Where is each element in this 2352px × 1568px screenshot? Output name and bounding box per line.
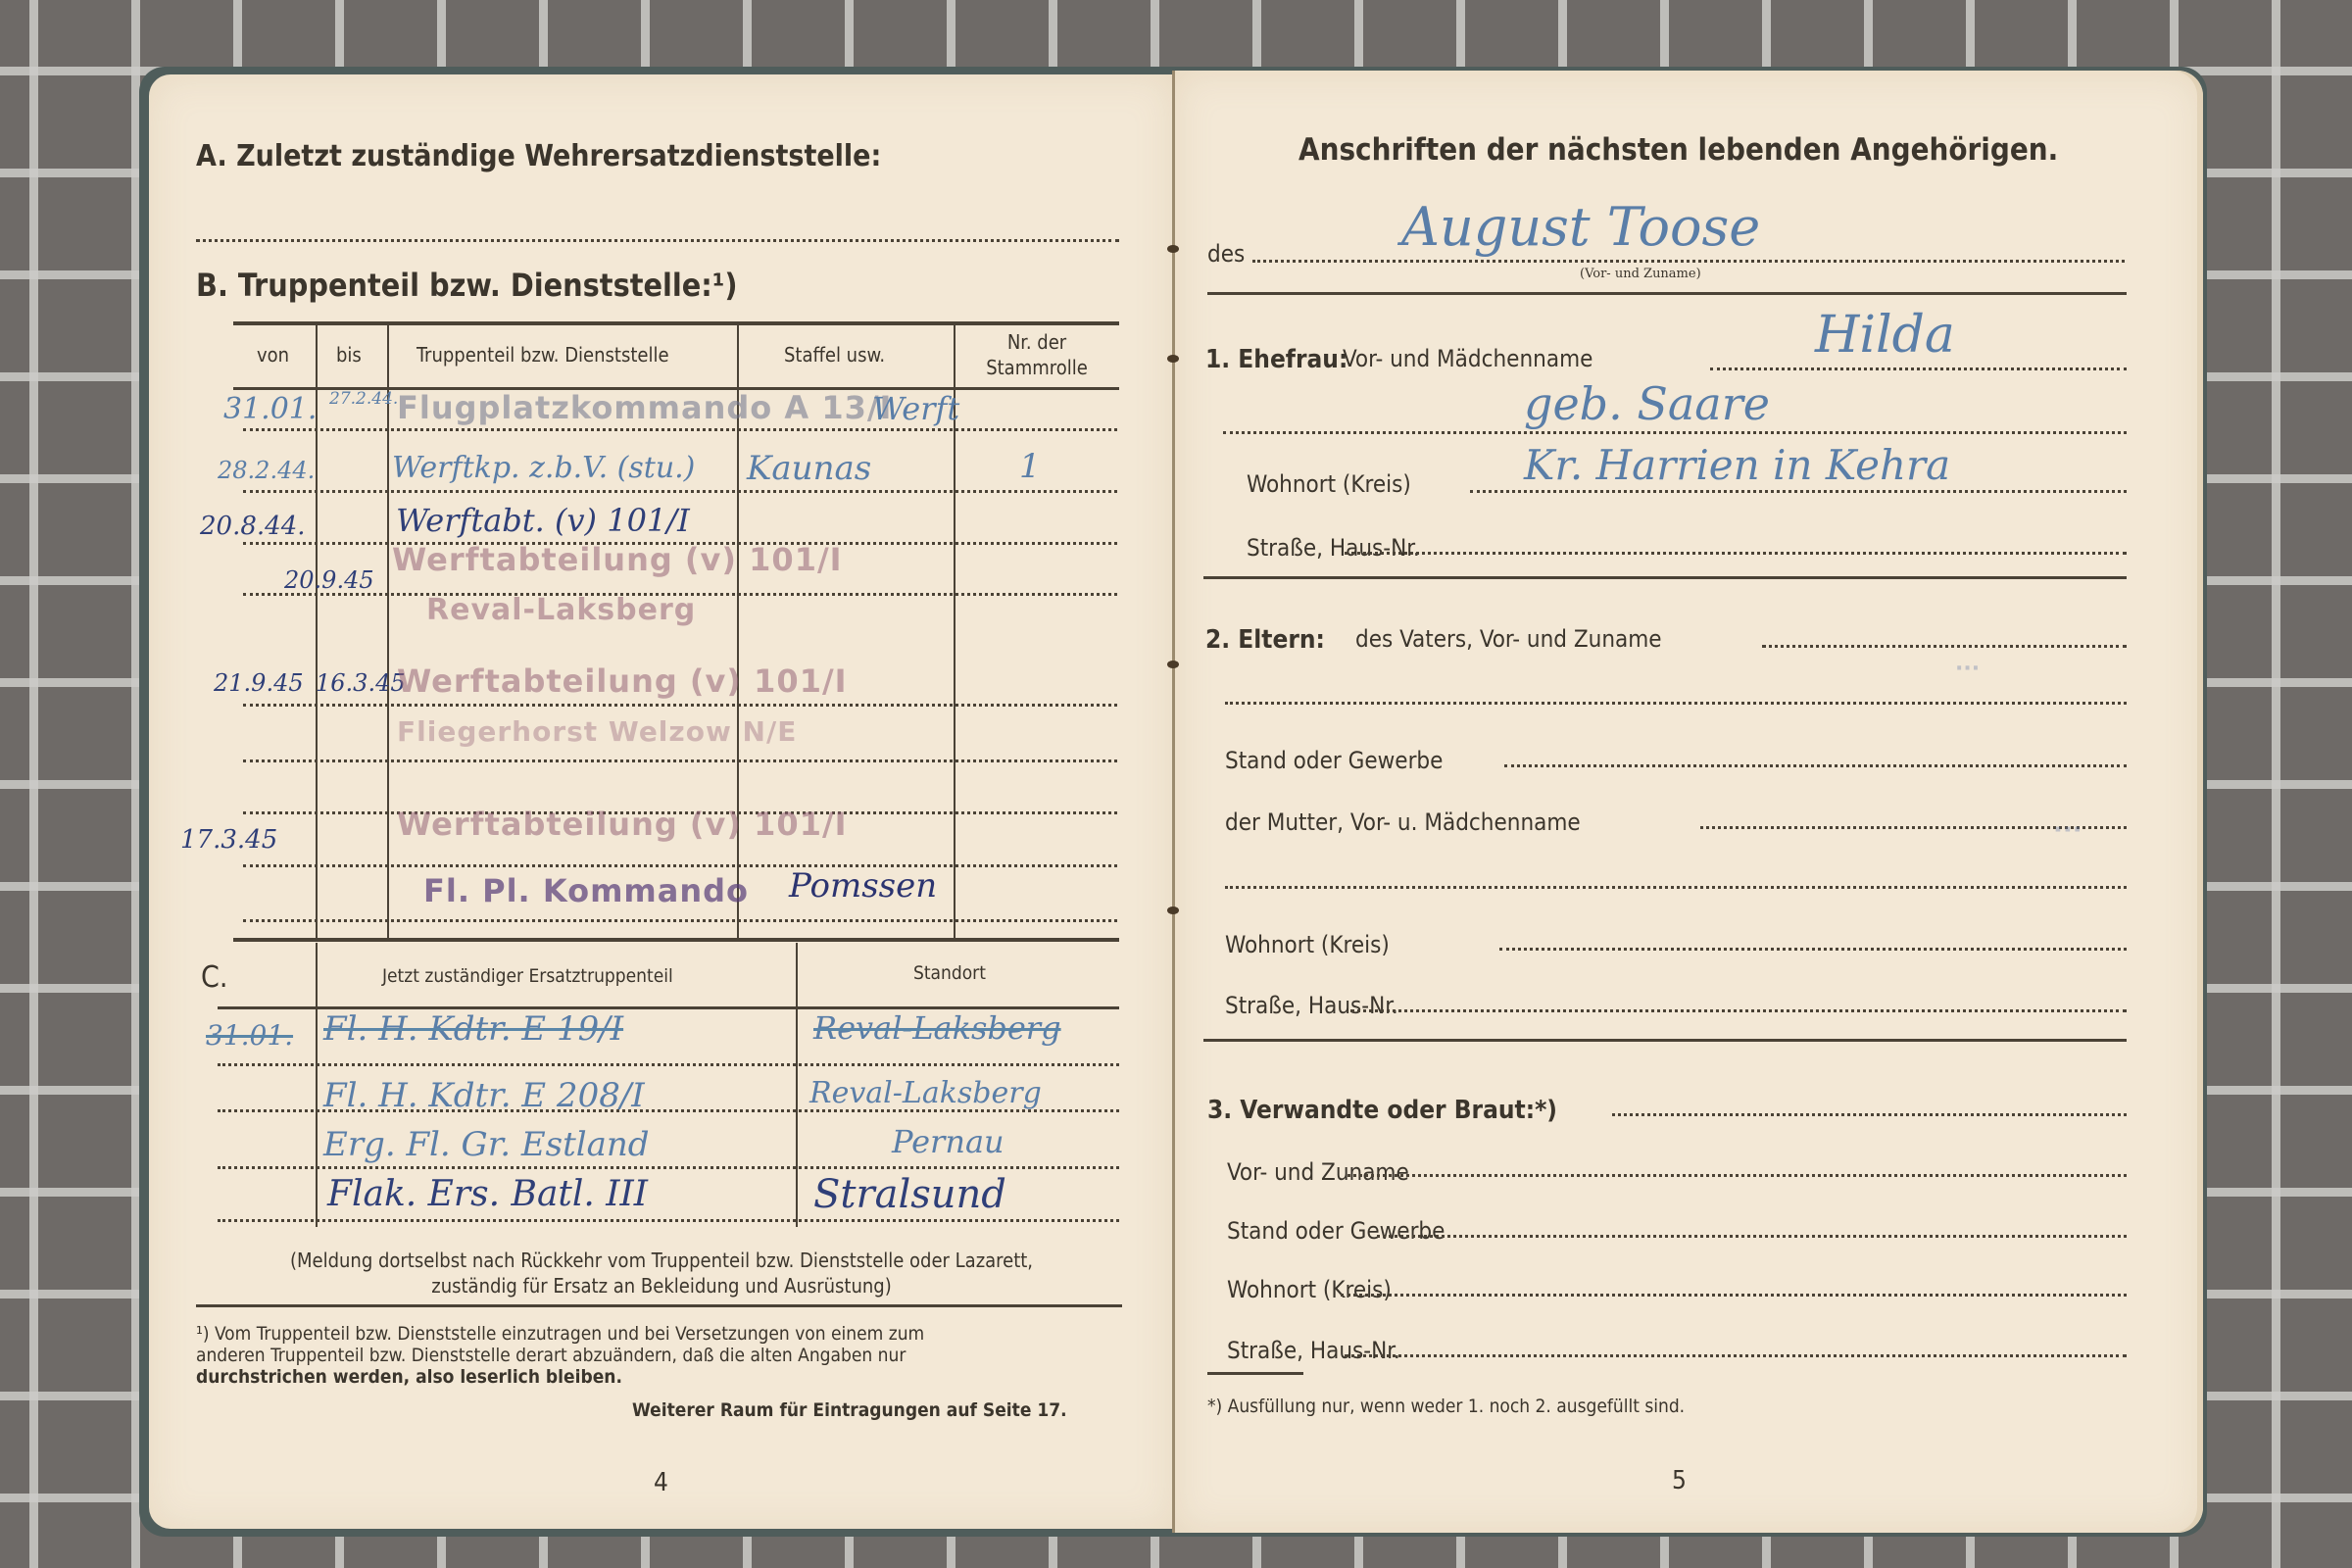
footnote-rule	[196, 1304, 1122, 1307]
col-divider	[387, 323, 389, 941]
relative-stand-label: Stand oder Gewerbe	[1227, 1217, 1445, 1245]
father-name-field[interactable]	[1762, 645, 2127, 648]
footnote-line-2: anderen Truppenteil bzw. Dienststelle de…	[196, 1345, 906, 1366]
relative-field[interactable]	[1612, 1113, 2127, 1116]
unit-stamp: Flugplatzkommando A 13/I	[397, 389, 892, 426]
des-value: August Toose	[1401, 196, 1760, 258]
parents-wohnort-field[interactable]	[1499, 948, 2127, 951]
stitch-hole	[1167, 906, 1179, 914]
section-a-label: A. Zuletzt zuständige Wehrersatzdienstst…	[196, 139, 881, 173]
row-line	[243, 428, 1117, 431]
col-header-truppenteil: Truppenteil bzw. Dienststelle	[416, 343, 669, 367]
table-b-bottom-rule	[233, 938, 1119, 942]
col-header-stammrolle: Nr. der Stammrolle	[976, 329, 1098, 380]
col-header-bis: bis	[336, 343, 362, 367]
entry-bis: 27.2.44.	[329, 390, 378, 408]
entry-unit: Erg. Fl. Gr. Estland	[323, 1125, 650, 1164]
wife-name-field-2[interactable]	[1223, 431, 2127, 434]
col-header-staffel: Staffel usw.	[784, 343, 885, 367]
entry-unit: Fl. H. Kdtr. E 19/I	[323, 1009, 623, 1049]
row-line	[243, 864, 1117, 867]
row-line	[243, 919, 1117, 922]
relative-strasse-label: Straße, Haus-Nr.	[1227, 1337, 1400, 1364]
wife-wohnort-label: Wohnort (Kreis)	[1247, 470, 1411, 498]
relative-name-label: Vor- und Zuname	[1227, 1158, 1409, 1186]
section-3-label: 3. Verwandte oder Braut:*)	[1207, 1096, 1557, 1125]
entry-unit: Werftkp. z.b.V. (stu.)	[392, 451, 695, 485]
footnote-line-1: ¹) Vom Truppenteil bzw. Dienststelle ein…	[196, 1323, 924, 1345]
entry-von: 31.01.	[223, 392, 317, 426]
entry-stammrolle-nr: 1	[1019, 447, 1041, 486]
relative-wohnort-label: Wohnort (Kreis)	[1227, 1276, 1392, 1303]
des-label: des	[1207, 240, 1245, 268]
relative-stand-field[interactable]	[1377, 1235, 2127, 1238]
wife-strasse-field[interactable]	[1345, 552, 2127, 555]
section-divider	[1203, 1039, 2127, 1042]
row-line	[218, 1219, 1119, 1222]
faint-stamp-offset: ···	[2053, 815, 2082, 845]
mother-name-field-2[interactable]	[1225, 886, 2127, 889]
right-page-title: Anschriften der nächsten lebenden Angehö…	[1298, 132, 2058, 168]
parents-strasse-field[interactable]	[1350, 1009, 2127, 1012]
stitch-hole	[1167, 355, 1179, 363]
wife-strasse-label: Straße, Haus-Nr.	[1247, 534, 1420, 562]
wife-name-field[interactable]	[1710, 367, 2127, 370]
entry-von: 17.3.45	[180, 825, 277, 855]
wife-wohnort-value: Kr. Harrien in Kehra	[1524, 441, 1950, 489]
parents-strasse-label: Straße, Haus-Nr.	[1225, 992, 1398, 1019]
right-footnote: *) Ausfüllung nur, wenn weder 1. noch 2.…	[1207, 1396, 1685, 1417]
entry-unit: Fl. H. Kdtr. E 208/I	[323, 1076, 645, 1115]
father-stand-label: Stand oder Gewerbe	[1225, 747, 1443, 774]
spine-fold	[1172, 71, 1175, 1533]
entry-bis: 16.3.45	[316, 669, 406, 697]
faint-stamp-offset: ···	[1955, 657, 1980, 681]
entry-unit: Werftabt. (v) 101/I	[396, 502, 690, 539]
wife-wohnort-field[interactable]	[1470, 490, 2127, 493]
section-c-note-1: (Meldung dortselbst nach Rückkehr vom Tr…	[0, 1249, 1323, 1272]
section-divider	[1203, 576, 2127, 579]
entry-staffel: Werft	[872, 390, 959, 427]
page-number-right: 5	[1672, 1466, 1687, 1495]
section-c-note-2: zuständig für Ersatz an Bekleidung und A…	[0, 1274, 1323, 1298]
mother-name-label: der Mutter, Vor- u. Mädchenname	[1225, 808, 1581, 836]
section-a-field[interactable]	[196, 239, 1119, 242]
relative-wohnort-field[interactable]	[1341, 1294, 2127, 1297]
more-space-note: Weiterer Raum für Eintragungen auf Seite…	[632, 1399, 1067, 1421]
entry-staffel: Kaunas	[747, 449, 871, 488]
section-divider	[1207, 292, 2127, 295]
unit-stamp: Werftabteilung (v) 101/I	[397, 662, 848, 700]
row-line	[243, 490, 1117, 493]
stitch-hole	[1167, 661, 1179, 668]
entry-prefix: 31.01.	[206, 1019, 293, 1052]
father-name-field-2[interactable]	[1225, 702, 2127, 705]
unit-stamp: Werftabteilung (v) 101/I	[392, 541, 843, 578]
footnote-rule	[1207, 1372, 1303, 1375]
entry-von: 21.9.45	[214, 669, 304, 697]
unit-stamp-location: Reval-Laksberg	[426, 593, 696, 627]
entry-von: 28.2.44.	[218, 457, 315, 484]
section-1-label: 1. Ehefrau:	[1205, 345, 1347, 374]
col-header-standort: Standort	[913, 962, 986, 984]
section-2-label: 2. Eltern:	[1205, 625, 1325, 655]
col-header-von: von	[257, 343, 289, 367]
unit-stamp-command: Fl. Pl. Kommando	[423, 872, 749, 909]
row-line	[218, 1063, 1119, 1066]
entry-unit: Flak. Ers. Batl. III	[327, 1174, 648, 1214]
row-line	[243, 759, 1117, 762]
section-c-label: C.	[201, 960, 227, 995]
des-field[interactable]	[1252, 260, 2125, 263]
signature: Pomssen	[789, 866, 937, 906]
entry-von: 20.8.44.	[200, 512, 306, 541]
unit-stamp: Werftabteilung (v) 101/I	[397, 806, 848, 843]
entry-bis: 20.9.45	[284, 566, 374, 594]
des-caption: (Vor- und Zuname)	[1580, 267, 1701, 281]
row-line	[218, 1166, 1119, 1169]
right-page	[1174, 71, 2203, 1533]
unit-stamp-location: Fliegerhorst Welzow N/E	[397, 715, 797, 748]
entry-standort: Reval-Laksberg	[813, 1009, 1061, 1047]
col-header-ersatztruppenteil: Jetzt zuständiger Ersatztruppenteil	[382, 965, 673, 987]
page-number-left: 4	[654, 1468, 668, 1497]
relative-strasse-field[interactable]	[1345, 1354, 2127, 1357]
col-divider	[316, 943, 318, 1227]
parents-wohnort-label: Wohnort (Kreis)	[1225, 931, 1390, 958]
stitch-hole	[1167, 245, 1179, 253]
entry-standort: Pernau	[892, 1123, 1004, 1160]
entry-standort: Reval-Laksberg	[809, 1076, 1042, 1110]
father-stand-field[interactable]	[1504, 764, 2127, 767]
footnote-line-3: durchstrichen werden, also leserlich ble…	[196, 1366, 622, 1388]
father-name-label: des Vaters, Vor- und Zuname	[1355, 625, 1662, 653]
col-divider	[796, 943, 798, 1227]
section-b-label: B. Truppenteil bzw. Dienststelle:¹)	[196, 267, 738, 304]
wife-maiden-value: geb. Saare	[1524, 377, 1770, 430]
entry-standort: Stralsund	[813, 1172, 1006, 1217]
table-b-top-rule	[233, 321, 1119, 325]
relative-name-field[interactable]	[1347, 1174, 2127, 1177]
wife-name-value: Hilda	[1815, 306, 1955, 365]
wife-name-label: Vor- und Mädchenname	[1343, 345, 1592, 372]
row-line	[243, 704, 1117, 707]
